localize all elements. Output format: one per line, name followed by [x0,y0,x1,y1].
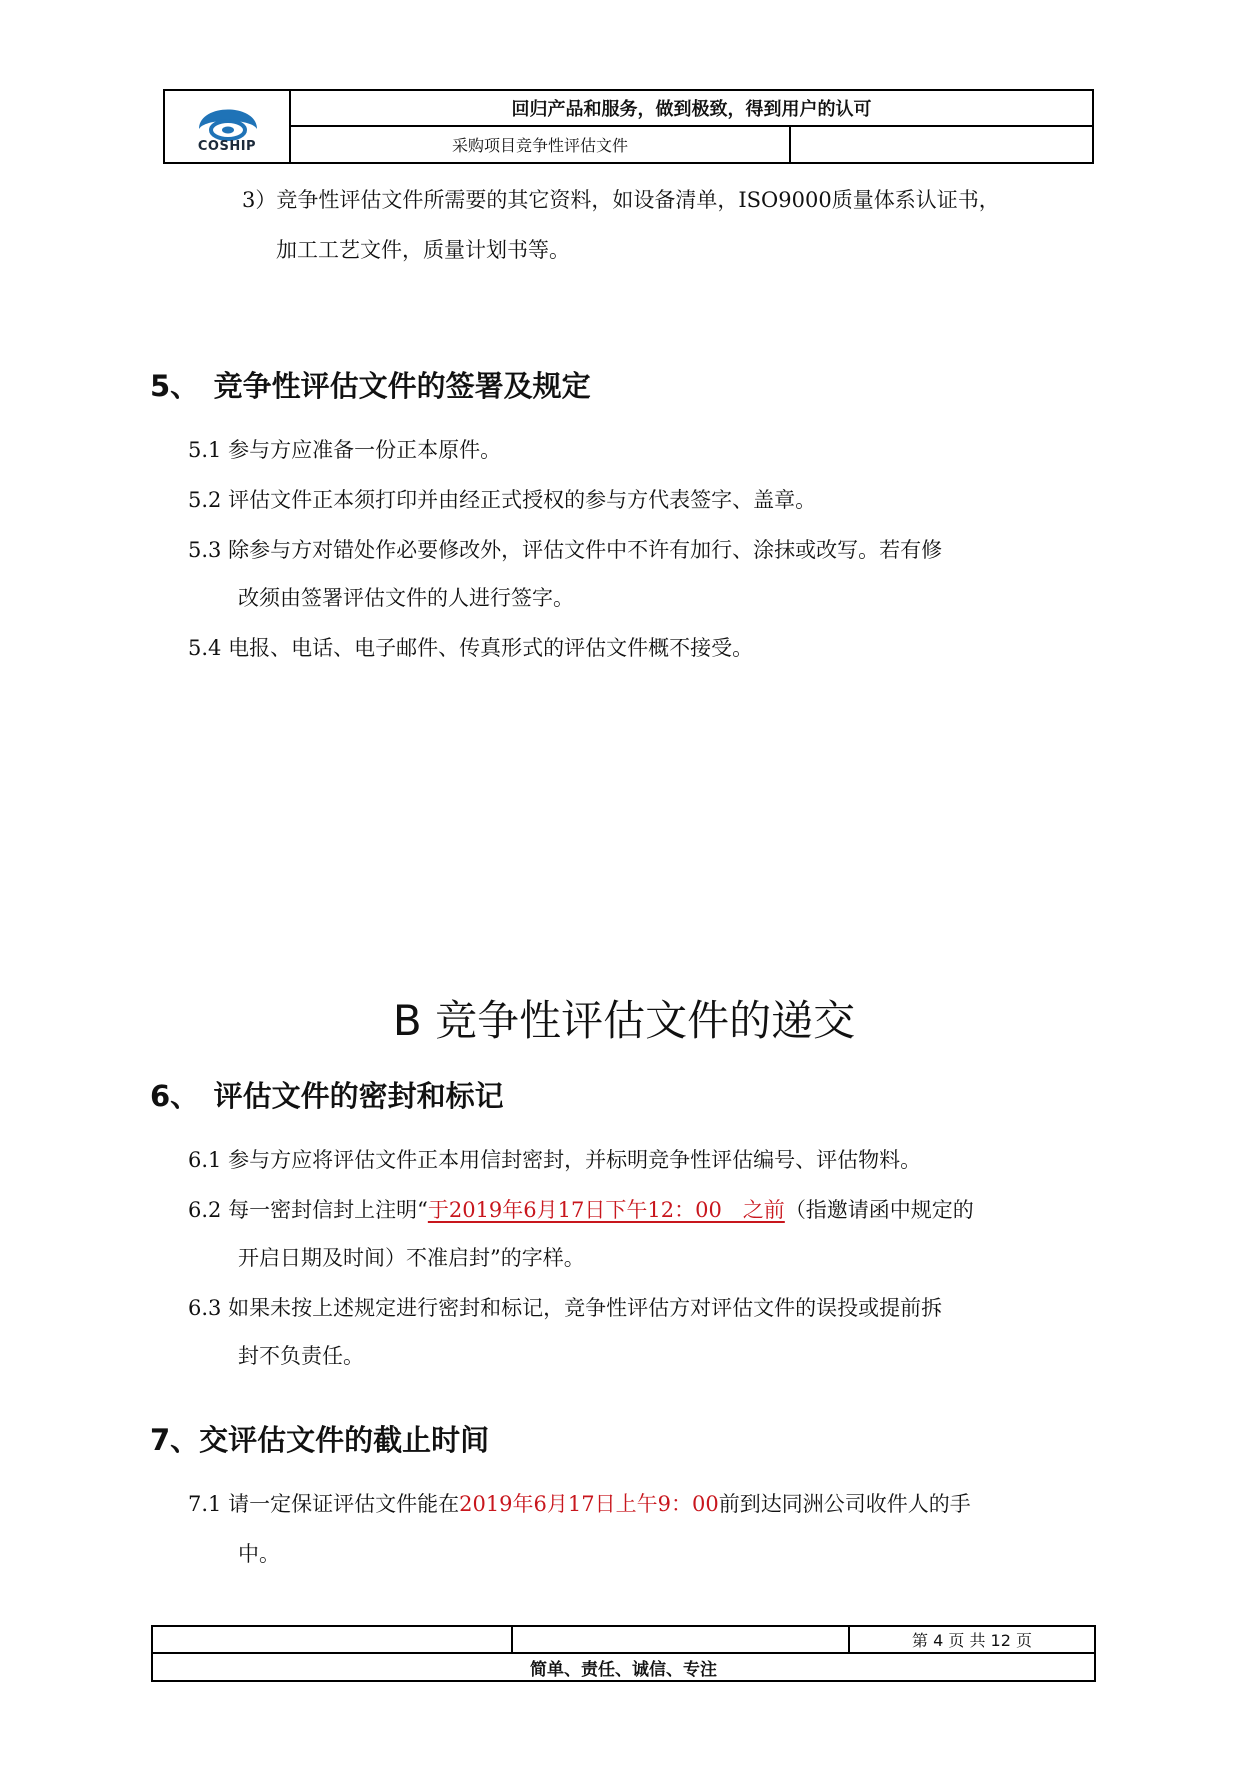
item-text: 参与方应准备一份正本原件。 [228,438,501,462]
footer-empty-cell-1 [153,1627,513,1654]
item-text-post: （指邀请函中规定的 [785,1198,974,1222]
list-item-7-1-continued: 中。 [238,1530,280,1578]
section-6-heading: 6、 评估文件的密封和标记 [150,1074,504,1115]
item-number: 6.1 [188,1148,221,1172]
header-slogan: 回归产品和服务，做到极致，得到用户的认可 [291,91,1092,127]
logo-text: COSHIP [165,139,289,154]
header-empty-cell [791,127,1092,162]
list-item-6-3-continued: 封不负责任。 [238,1332,364,1380]
item-text: 电报、电话、电子邮件、传真形式的评估文件概不接受。 [228,636,753,660]
list-item-6-2-continued: 开启日期及时间）不准启封”的字样。 [238,1234,585,1282]
item-number: 6.3 [188,1296,221,1320]
item-text-post: 前到达同洲公司收件人的手 [719,1492,971,1516]
header-doc-title: 采购项目竞争性评估文件 [291,127,791,162]
section-5-heading: 5、 竞争性评估文件的签署及规定 [150,364,591,405]
section-7-heading: 7、交评估文件的截止时间 [150,1418,489,1459]
item-3-line2: 加工工艺文件，质量计划书等。 [276,226,570,274]
item-text: 除参与方对错处作必要修改外，评估文件中不许有加行、涂抹或改写。若有修 [228,538,942,562]
item-number: 5.1 [188,438,221,462]
list-item-5-2: 5.2 评估文件正本须打印并由经正式授权的参与方代表签字、盖章。 [188,476,816,524]
list-item-6-1: 6.1 参与方应将评估文件正本用信封密封，并标明竞争性评估编号、评估物料。 [188,1136,921,1184]
footer-motto: 简单、责任、诚信、专注 [153,1654,1094,1680]
page-number: 第 4 页 共 12 页 [850,1627,1094,1654]
part-b-title: B 竞争性评估文件的递交 [0,988,1248,1048]
item-number: 7.1 [188,1492,221,1516]
list-item-6-2: 6.2 每一密封信封上注明“于2019年6月17日下午12：00 之前（指邀请函… [188,1186,974,1234]
item-text: 评估文件正本须打印并由经正式授权的参与方代表签字、盖章。 [228,488,816,512]
page-footer-table: 第 4 页 共 12 页 简单、责任、诚信、专注 [151,1625,1096,1682]
page-header-table: COSHIP 回归产品和服务，做到极致，得到用户的认可 采购项目竞争性评估文件 [163,89,1094,164]
item-number: 5.4 [188,636,221,660]
footer-empty-cell-2 [513,1627,850,1654]
list-item-7-1: 7.1 请一定保证评估文件能在2019年6月17日上午9：00前到达同洲公司收件… [188,1480,971,1528]
deadline-highlight: 于2019年6月17日下午12：00 之前 [428,1198,785,1222]
item-text-pre: 每一密封信封上注明“ [228,1198,428,1222]
list-item-5-1: 5.1 参与方应准备一份正本原件。 [188,426,501,474]
list-item-5-4: 5.4 电报、电话、电子邮件、传真形式的评估文件概不接受。 [188,624,753,672]
item-number: 5.3 [188,538,221,562]
item-number: 6.2 [188,1198,221,1222]
item-text-pre: 请一定保证评估文件能在 [228,1492,459,1516]
list-item-5-3-continued: 改须由签署评估文件的人进行签字。 [238,574,574,622]
item-number: 5.2 [188,488,221,512]
list-item-5-3: 5.3 除参与方对错处作必要修改外，评估文件中不许有加行、涂抹或改写。若有修 [188,526,942,574]
list-item-6-3: 6.3 如果未按上述规定进行密封和标记，竞争性评估方对评估文件的误投或提前拆 [188,1284,942,1332]
deadline-highlight: 2019年6月17日上午9：00 [459,1492,719,1516]
item-text: 参与方应将评估文件正本用信封密封，并标明竞争性评估编号、评估物料。 [228,1148,921,1172]
item-text: 如果未按上述规定进行密封和标记，竞争性评估方对评估文件的误投或提前拆 [228,1296,942,1320]
item-3-line1: 3）竞争性评估文件所需要的其它资料，如设备清单，ISO9000质量体系认证书， [242,176,1000,224]
company-logo: COSHIP [165,91,291,162]
